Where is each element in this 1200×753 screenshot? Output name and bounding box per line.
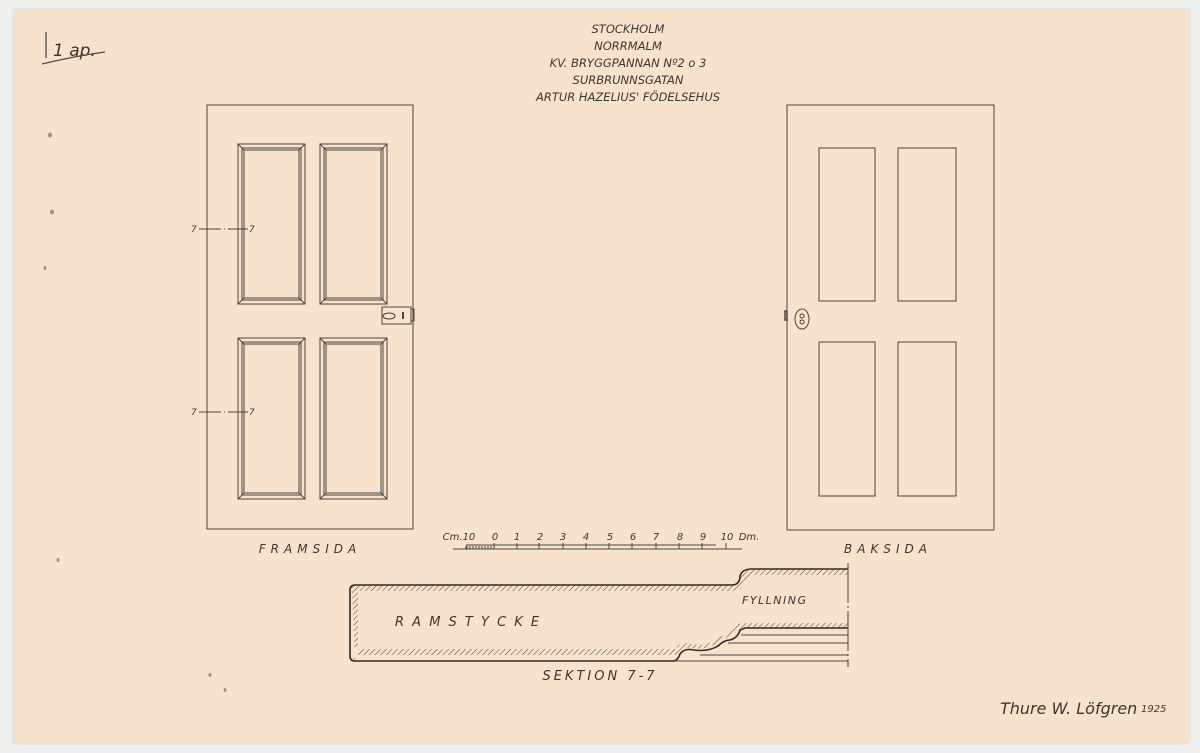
- panel-raised: [238, 144, 305, 304]
- svg-text:7: 7: [653, 532, 660, 543]
- archive-mark-text: 1 ap.: [53, 41, 96, 61]
- title-line-block: KV. BRYGGPANNAN Nº2 o 3: [550, 56, 707, 70]
- scale-bar-labels: Cm.10 0 1 2 3 4 5 6 7 8 9 10 Dm.: [443, 532, 760, 543]
- title-block: STOCKHOLM NORRMALM KV. BRYGGPANNAN Nº2 o…: [535, 22, 720, 104]
- section-panel-label: FYLLNING: [742, 594, 808, 607]
- signature-year: 1925: [1141, 704, 1166, 715]
- svg-text:5: 5: [607, 532, 613, 543]
- panel-raised: [320, 144, 387, 304]
- svg-text:7: 7: [191, 225, 197, 235]
- section-frame-label: R A M S T Y C K E: [395, 615, 541, 630]
- svg-text:Cm.10: Cm.10: [443, 532, 476, 543]
- signature: Thure W. Löfgren 1925: [1000, 699, 1166, 718]
- svg-text:8: 8: [677, 532, 683, 543]
- svg-text:1: 1: [514, 532, 520, 543]
- front-view-label: FRAMSIDA: [259, 542, 361, 556]
- section-title: SEKTION 7-7: [542, 669, 657, 684]
- front-door-elevation: [199, 105, 414, 529]
- svg-text:Dm.: Dm.: [739, 532, 760, 543]
- svg-text:6: 6: [630, 532, 636, 543]
- drawing-canvas: 1 ap. STOCKHOLM NORRMALM KV. BRYGGPANNAN…: [0, 0, 1200, 753]
- section-marker-labels: 7 7 7 7: [191, 225, 255, 418]
- archive-mark: 1 ap.: [42, 32, 105, 64]
- title-line-building: ARTUR HAZELIUS' FÖDELSEHUS: [535, 88, 720, 104]
- panel-raised: [238, 338, 305, 499]
- svg-text:3: 3: [560, 532, 566, 543]
- signature-name: Thure W. Löfgren: [1000, 699, 1137, 718]
- lock-icon: [382, 307, 414, 324]
- svg-text:0: 0: [492, 532, 498, 543]
- title-line-district: NORRMALM: [594, 39, 662, 53]
- panel-raised: [320, 338, 387, 499]
- scale-bar: [453, 543, 742, 549]
- back-view-label: BAKSIDA: [844, 542, 932, 556]
- svg-text:7: 7: [249, 225, 255, 235]
- title-line-city: STOCKHOLM: [592, 22, 665, 36]
- svg-text:7: 7: [191, 408, 197, 418]
- svg-text:10: 10: [721, 532, 734, 543]
- keyhole-escutcheon-icon: [795, 309, 809, 329]
- svg-text:9: 9: [700, 532, 706, 543]
- svg-text:7: 7: [249, 408, 255, 418]
- svg-text:2: 2: [537, 532, 543, 543]
- title-line-street: SURBRUNNSGATAN: [573, 73, 684, 87]
- svg-text:4: 4: [583, 532, 589, 543]
- back-door-elevation: [785, 105, 994, 530]
